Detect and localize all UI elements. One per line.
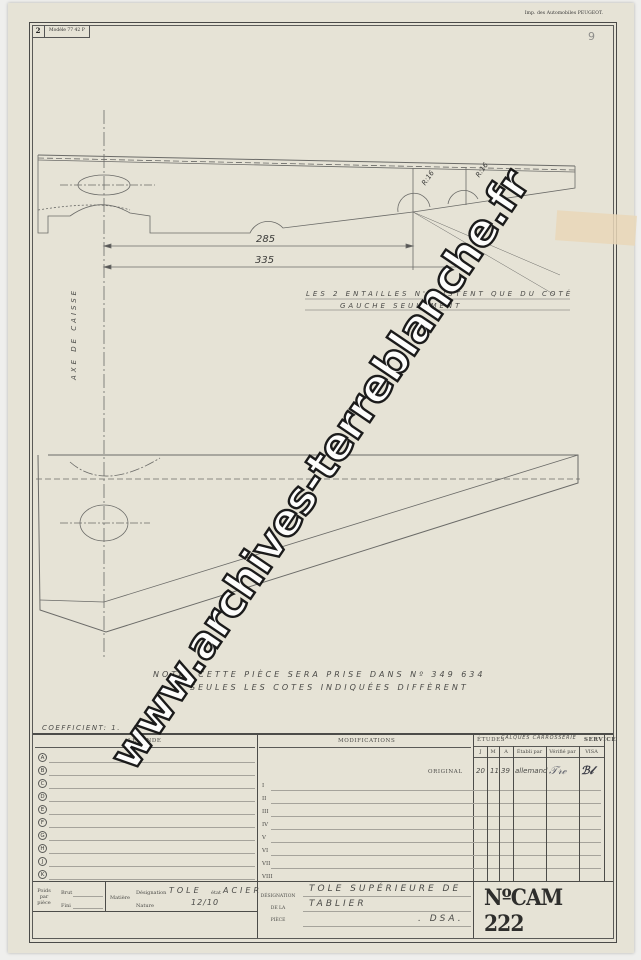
column-year: A	[499, 749, 513, 755]
material-nature: 12/10	[191, 898, 219, 907]
part-name-line-2: TABLIER	[309, 899, 367, 909]
nature-label: Nature	[136, 903, 154, 909]
original-month: 11	[490, 767, 499, 775]
legend-item-f: F	[38, 818, 47, 827]
legend-item-e: E	[38, 805, 47, 814]
original-label: ORIGINAL	[428, 769, 463, 775]
state-label: état	[211, 890, 221, 896]
modification-row-iii: III	[262, 809, 269, 815]
modification-row-viii: VIII	[262, 874, 273, 880]
studies-department: CALQUES CARROSSERIE	[501, 735, 577, 741]
modification-row-iv: IV	[262, 822, 268, 828]
legend-item-k: K	[38, 870, 47, 879]
nota-line-2: SEULES LES COTES INDIQUÉES DIFFÈRENT	[190, 683, 469, 692]
legend-item-g: G	[38, 831, 47, 840]
legend-item-j: J	[38, 857, 47, 866]
designation-label: Désignation	[136, 890, 166, 896]
body-axis-label: AXE DE CAISSE	[70, 288, 78, 380]
column-day: J	[474, 749, 487, 755]
column-checked-by: Vérifié par	[546, 749, 579, 755]
service-label: SERVICE	[584, 737, 616, 743]
dimension-285: 285	[256, 234, 275, 245]
part-name-line-1: TOLE SUPÉRIEURE DE	[309, 884, 461, 894]
modifications-header: MODIFICATIONS	[338, 738, 395, 744]
original-drawn-by: allemand	[515, 767, 547, 775]
column-month: M	[487, 749, 499, 755]
part-suffix: . DSA.	[418, 914, 464, 924]
legend-item-d: D	[38, 792, 47, 801]
material-designation: TOLE	[169, 886, 202, 895]
legend-item-b: B	[38, 766, 47, 775]
fini-label: Fini	[61, 903, 71, 909]
weight-label: Poids par pièce	[35, 888, 53, 906]
drawing-number: NºCAM 222	[484, 885, 603, 937]
visa-signature: ℬ𝓁	[581, 764, 593, 778]
legend-item-h: H	[38, 844, 47, 853]
column-visa: VISA	[579, 749, 604, 755]
legend-item-a: A	[38, 753, 47, 762]
brut-label: Brut	[61, 890, 72, 896]
original-day: 20	[476, 767, 485, 775]
modification-row-vi: VI	[262, 848, 268, 854]
modification-row-vii: VII	[262, 861, 270, 867]
legend-item-c: C	[38, 779, 47, 788]
part-label: DÉSIGNATION DE LA PIÈCE	[259, 891, 297, 927]
checker-signature: 𝒯𝓇ℯ	[549, 764, 566, 778]
column-drawn-by: Établi par	[513, 749, 546, 755]
modification-row-ii: II	[262, 796, 266, 802]
modification-row-v: V	[262, 835, 266, 841]
material-label: Matière	[110, 895, 130, 901]
modification-row-i: I	[262, 783, 264, 789]
coefficient: COEFFICIENT: 1.	[42, 724, 121, 732]
material-state: ACIER	[223, 886, 262, 895]
dimension-335: 335	[255, 255, 274, 266]
original-year: 39	[501, 767, 510, 775]
